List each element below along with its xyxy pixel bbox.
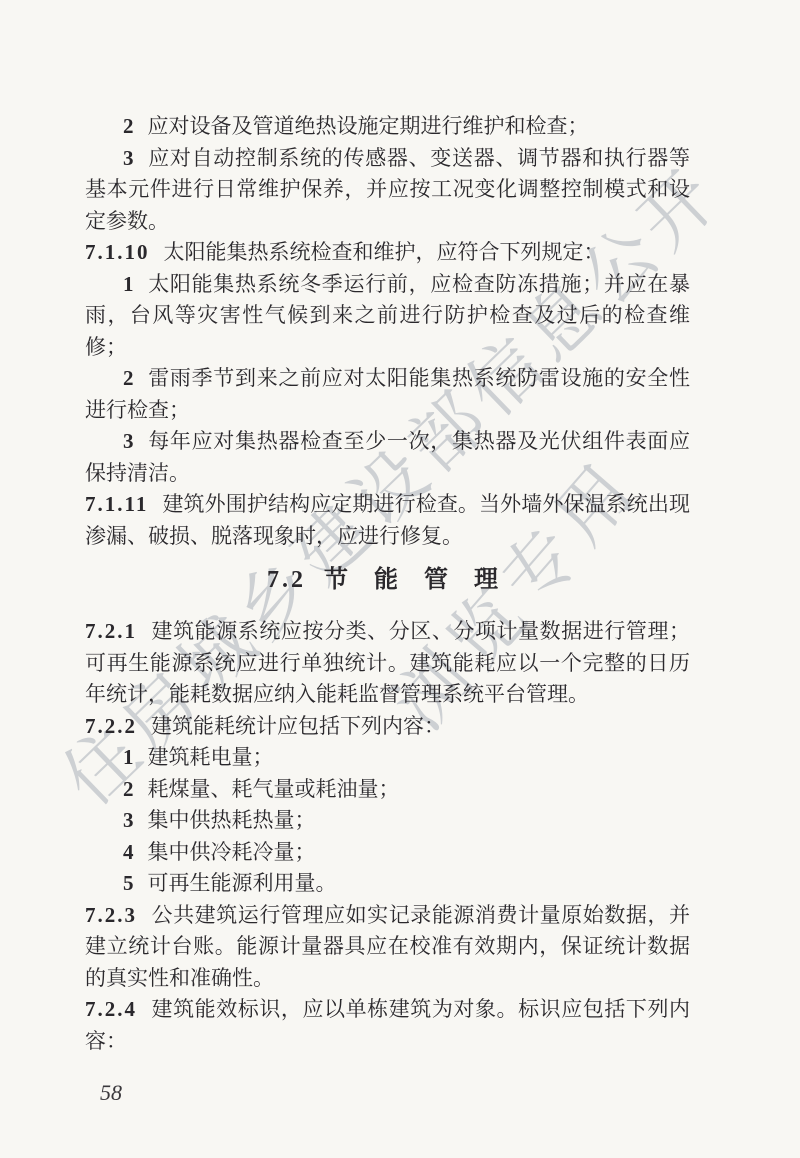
item-7-2-2-2: 2耗煤量、耗气量或耗油量； [85, 774, 690, 806]
item-7-1-10-3: 3每年应对集热器检查至少一次，集热器及光伏组件表面应保持清洁。 [85, 426, 690, 489]
clause-7-1-10: 7.1.10太阳能集热系统检查和维护，应符合下列规定： [85, 237, 690, 269]
item-number: 1 [123, 272, 134, 296]
item-7-2-2-5: 5可再生能源利用量。 [85, 868, 690, 900]
item-text: 应对设备及管道绝热设施定期进行维护和检查； [148, 114, 589, 138]
clause-text: 建筑能源系统应按分类、分区、分项计量数据进行管理；可再生能源系统应进行单独统计。… [85, 619, 690, 706]
item-number: 4 [123, 840, 134, 864]
clause-7-2-2: 7.2.2建筑能耗统计应包括下列内容： [85, 711, 690, 743]
clause-number: 7.2.3 [85, 903, 137, 927]
item-7-1-10-2: 2雷雨季节到来之前应对太阳能集热系统防雷设施的安全性进行检查； [85, 363, 690, 426]
item-number: 3 [123, 429, 134, 453]
page-number: 58 [100, 1080, 122, 1106]
clause-text: 建筑能效标识，应以单栋建筑为对象。标识应包括下列内容： [85, 997, 690, 1053]
clause-number: 7.1.10 [85, 240, 150, 264]
section-number: 7.2 [267, 567, 306, 593]
item-text: 集中供热耗热量； [148, 808, 316, 832]
item-7-2-2-1: 1建筑耗电量； [85, 742, 690, 774]
item-7-1-9-2: 2应对设备及管道绝热设施定期进行维护和检查； [85, 111, 690, 143]
item-text: 太阳能集热系统冬季运行前，应检查防冻措施；并应在暴雨，台风等灾害性气候到来之前进… [85, 272, 690, 359]
item-number: 2 [123, 777, 134, 801]
item-number: 2 [123, 114, 134, 138]
clause-number: 7.2.2 [85, 714, 137, 738]
document-page: 住房城乡建设部信息公开 浏览专用 2应对设备及管道绝热设施定期进行维护和检查； … [0, 0, 800, 1158]
clause-number: 7.1.11 [85, 492, 148, 516]
item-text: 可再生能源利用量。 [148, 871, 337, 895]
item-number: 3 [123, 808, 134, 832]
clause-7-2-1: 7.2.1建筑能源系统应按分类、分区、分项计量数据进行管理；可再生能源系统应进行… [85, 616, 690, 711]
page-body: 2应对设备及管道绝热设施定期进行维护和检查； 3应对自动控制系统的传感器、变送器… [85, 111, 690, 1057]
item-text: 每年应对集热器检查至少一次，集热器及光伏组件表面应保持清洁。 [85, 429, 690, 485]
item-number: 2 [123, 366, 134, 390]
clause-7-2-3: 7.2.3公共建筑运行管理应如实记录能源消费计量原始数据，并建立统计台账。能源计… [85, 900, 690, 995]
item-number: 5 [123, 871, 134, 895]
clause-7-2-4: 7.2.4建筑能效标识，应以单栋建筑为对象。标识应包括下列内容： [85, 994, 690, 1057]
item-number: 3 [123, 146, 134, 170]
item-7-2-2-4: 4集中供冷耗冷量； [85, 837, 690, 869]
item-text: 建筑耗电量； [148, 745, 274, 769]
item-text: 雷雨季节到来之前应对太阳能集热系统防雷设施的安全性进行检查； [85, 366, 690, 422]
item-7-2-2-3: 3集中供热耗热量； [85, 805, 690, 837]
item-7-1-10-1: 1太阳能集热系统冬季运行前，应检查防冻措施；并应在暴雨，台风等灾害性气候到来之前… [85, 269, 690, 364]
clause-text: 太阳能集热系统检查和维护，应符合下列规定： [164, 240, 605, 264]
clause-text: 建筑能耗统计应包括下列内容： [151, 714, 445, 738]
item-text: 应对自动控制系统的传感器、变送器、调节器和执行器等基本元件进行日常维护保养，并应… [85, 146, 690, 233]
item-number: 1 [123, 745, 134, 769]
clause-number: 7.2.1 [85, 619, 137, 643]
section-title: 节 能 管 理 [324, 567, 508, 593]
clause-text: 公共建筑运行管理应如实记录能源消费计量原始数据，并建立统计台账。能源计量器具应在… [85, 903, 690, 990]
item-text: 耗煤量、耗气量或耗油量； [148, 777, 400, 801]
item-text: 集中供冷耗冷量； [148, 840, 316, 864]
clause-7-1-11: 7.1.11建筑外围护结构应定期进行检查。当外墙外保温系统出现渗漏、破损、脱落现… [85, 489, 690, 552]
section-heading-7-2: 7.2节 能 管 理 [85, 563, 690, 597]
clause-number: 7.2.4 [85, 997, 137, 1021]
clause-text: 建筑外围护结构应定期进行检查。当外墙外保温系统出现渗漏、破损、脱落现象时，应进行… [85, 492, 690, 548]
item-7-1-9-3: 3应对自动控制系统的传感器、变送器、调节器和执行器等基本元件进行日常维护保养，并… [85, 143, 690, 238]
